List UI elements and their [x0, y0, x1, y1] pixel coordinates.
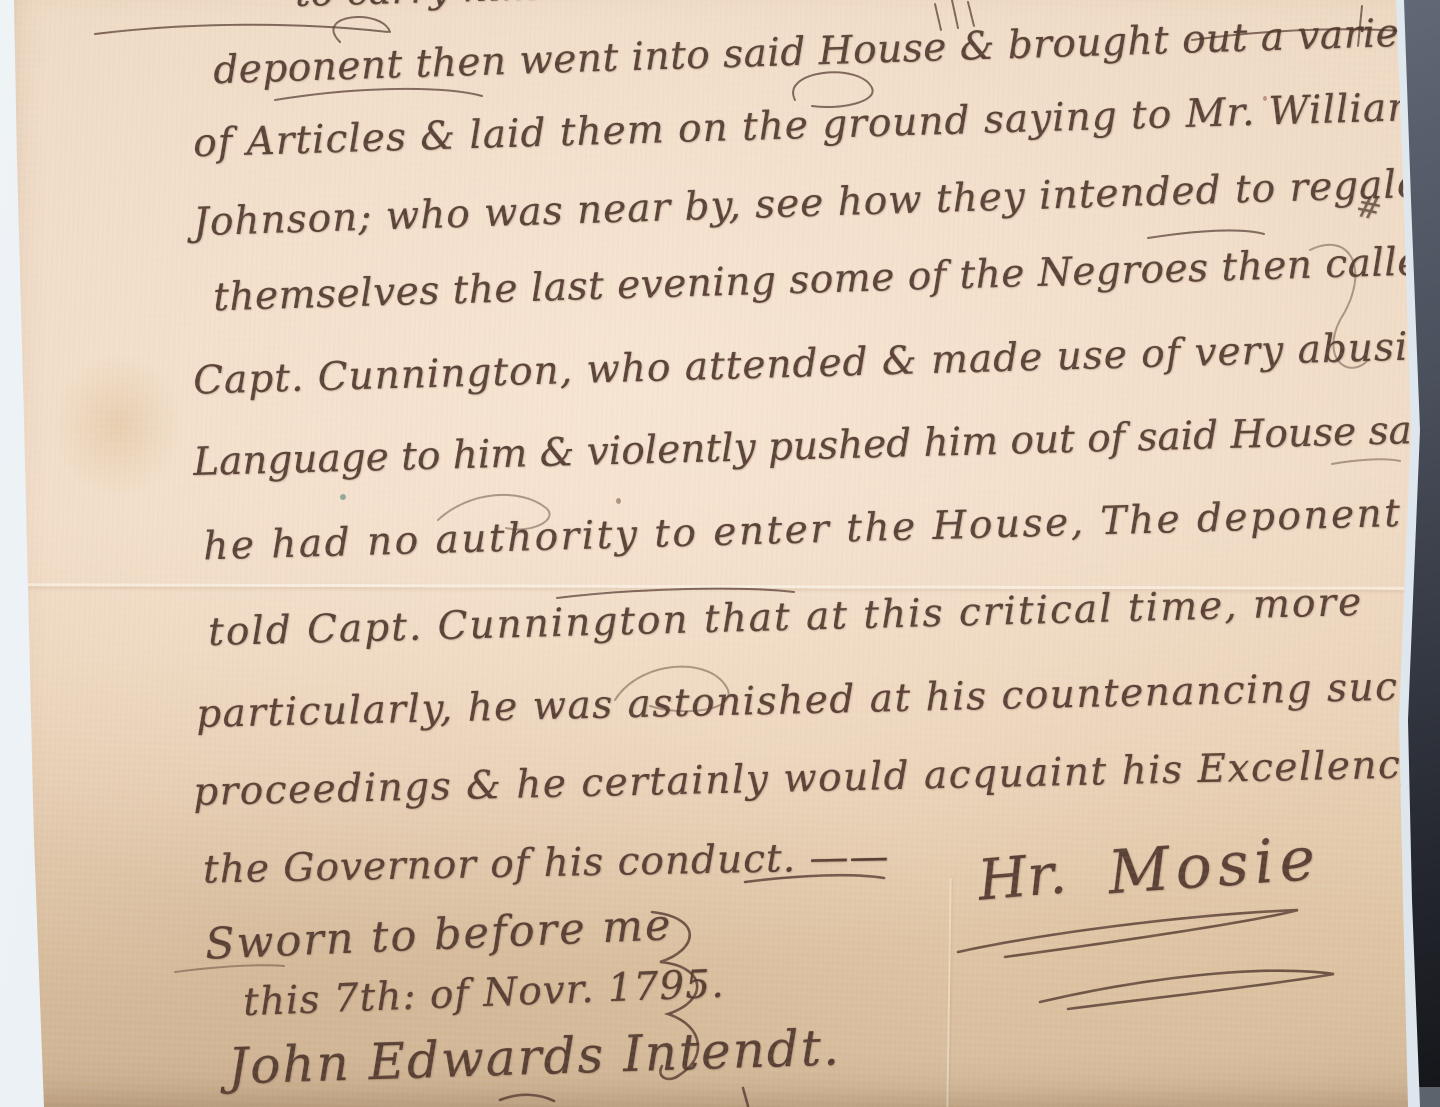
flourish-stroke — [1148, 231, 1264, 238]
manuscript-line: themselves the last evening some of the … — [213, 242, 1440, 318]
manuscript-paper: to carry him w deponent then went into s… — [0, 0, 1440, 1107]
manuscript-line-partial: to carry him w — [295, 0, 584, 12]
manuscript-line: proceedings & he certainly would acquain… — [193, 745, 1426, 812]
manuscript-line: Capt. Cunnington, who attended & made us… — [193, 326, 1440, 400]
manuscript-line: of Articles & laid them on the ground sa… — [193, 88, 1426, 164]
manuscript-line: the Governor of his conduct. —— — [203, 837, 890, 889]
manuscript-line: Johnson; who was near by, see how they i… — [193, 165, 1422, 243]
paper-stain — [340, 494, 346, 500]
attestation-officer-line: John Edwards Intendt. — [227, 1022, 841, 1091]
fold-crease-vertical — [946, 878, 951, 1107]
manuscript-line: particularly, he was astonished at his c… — [196, 667, 1426, 734]
signature-flourish — [1040, 971, 1334, 1009]
pen-tick — [968, 2, 974, 26]
photo-frame: to carry him w deponent then went into s… — [0, 0, 1440, 1107]
insertion-mark: # — [1353, 192, 1384, 227]
signature-flourish — [958, 910, 1298, 957]
attestation-sworn-line: Sworn to before me — [204, 904, 673, 967]
cutoff-writing-mark — [743, 1088, 748, 1106]
signature-prefix: Hr. — [976, 846, 1069, 910]
flourish-stroke — [95, 25, 388, 34]
flourish-stroke — [1332, 459, 1400, 464]
flourish-stroke — [275, 89, 482, 100]
cutoff-writing-mark — [500, 1095, 554, 1101]
paper-stain — [28, 325, 208, 525]
flourish-loop — [333, 17, 390, 42]
paper-stain — [616, 498, 621, 504]
attestation-date-line: this 7th: of Novr. 1795. — [242, 965, 725, 1022]
manuscript-line: Language to him & violently pushed him o… — [193, 409, 1440, 482]
manuscript-line: told Capt. Cunnington that at this criti… — [208, 583, 1364, 652]
signature-surname: Mosie — [1106, 829, 1323, 904]
pen-tick — [952, 0, 958, 28]
manuscript-line: deponent then went into said House & bro… — [213, 13, 1439, 90]
manuscript-line: he had no authority to enter the House, … — [203, 491, 1440, 567]
